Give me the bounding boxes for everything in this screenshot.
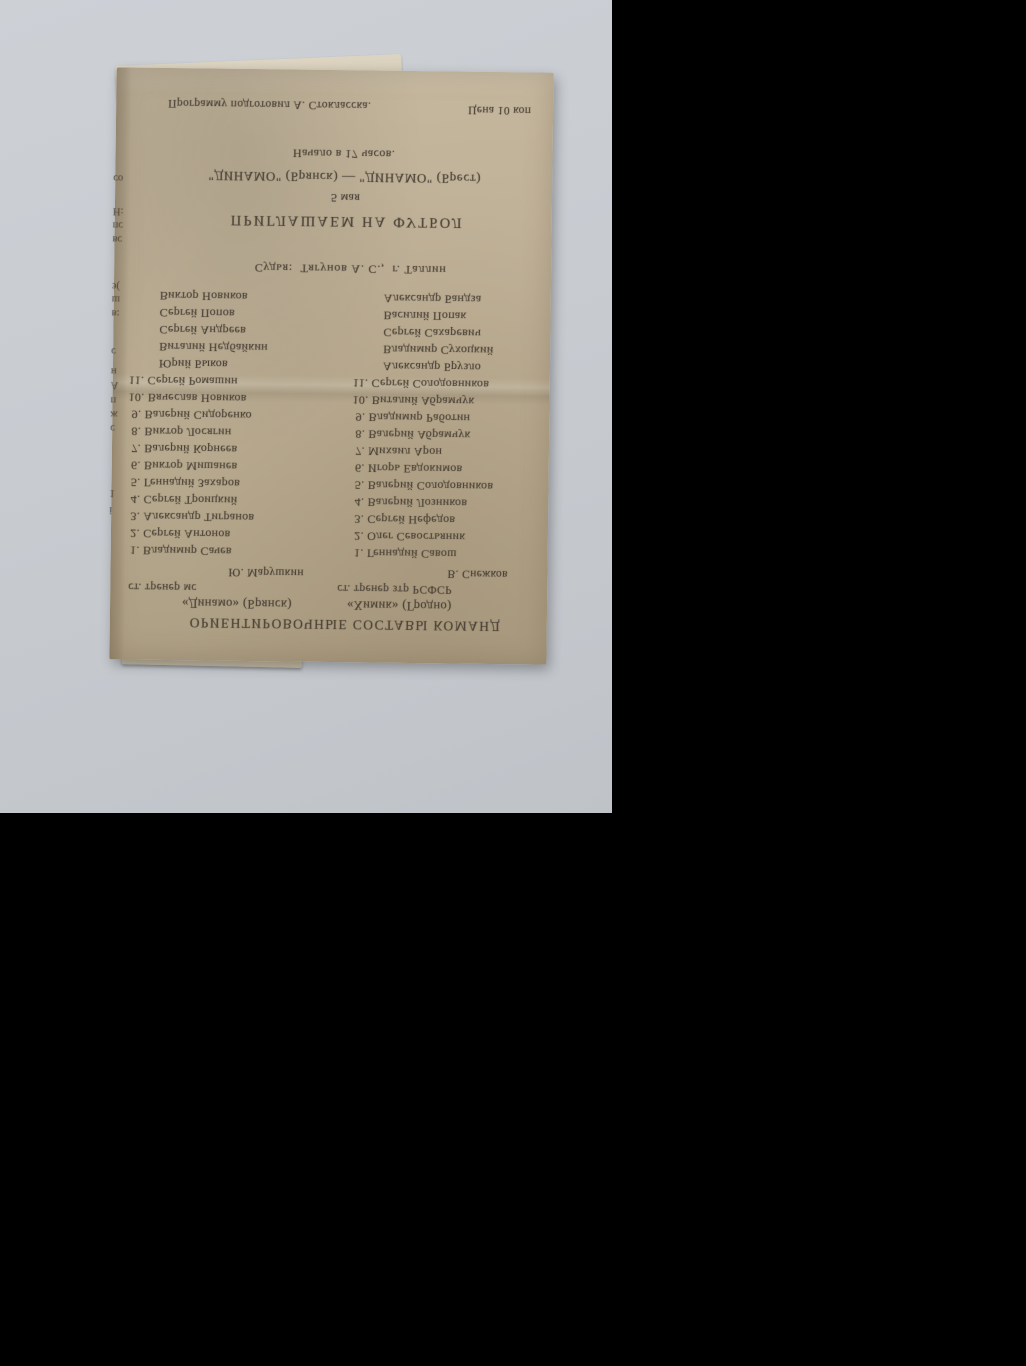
player-row: 1. Геннадий Савош bbox=[351, 544, 545, 563]
margin-letter: п bbox=[111, 394, 117, 405]
reserves-list-left: Юрий БыковВиталий НедбайкинСергей Андрее… bbox=[129, 287, 342, 375]
lineup-column-right: 1. Геннадий Савош 2. Олег Севостьяник 3.… bbox=[351, 289, 548, 563]
player-row: 9. Валерий Сидоренко bbox=[128, 406, 340, 426]
player-row: 6. Виктор Мишанев bbox=[128, 457, 340, 477]
margin-letter: ш bbox=[112, 293, 120, 304]
invitation-time: Начало в 17 часов. bbox=[116, 143, 553, 163]
program-page-content: i1сжпАнсв:шэ(вспсН:со ОРИЕНТИРОВОЧНЫЕ СО… bbox=[109, 67, 553, 664]
photo-background: i1сжпАнсв:шэ(вспсН:со ОРИЕНТИРОВОЧНЫЕ СО… bbox=[0, 0, 612, 813]
player-row: 8. Валерий Абрамчук bbox=[352, 425, 546, 444]
player-row: Виктор Новиков bbox=[130, 287, 342, 307]
player-row: 8. Виктор Лосягин bbox=[128, 423, 340, 443]
player-row: Василий Попак bbox=[354, 306, 548, 325]
margin-letter: н bbox=[111, 365, 117, 376]
margin-letter: 1 bbox=[109, 487, 114, 498]
margin-letter: вс bbox=[112, 233, 122, 244]
player-row: 2. Сергей Антонов bbox=[127, 525, 339, 545]
lineup-list-right: 1. Геннадий Савош 2. Олег Севостьяник 3.… bbox=[351, 374, 547, 563]
player-row: 11. Сергей Ромашин bbox=[129, 372, 341, 392]
invitation-date: 5 мая bbox=[115, 187, 552, 207]
invitation-match: "ДИНАМО" (Брянск) — "ДИНАМО" (Брест) bbox=[115, 166, 552, 187]
program-page: i1сжпАнсв:шэ(вспсН:со ОРИЕНТИРОВОЧНЫЕ СО… bbox=[109, 67, 553, 664]
referee-line: Судья: Тягунов А. С., г. Таллин bbox=[114, 258, 551, 278]
player-row: 6. Игорь Евдокимов bbox=[352, 459, 546, 478]
lineups-header: ОРИЕНТИРОВОЧНЫЕ СОСТАВЫ КОМАНД bbox=[110, 613, 547, 634]
coach-name-right: В. Снежков bbox=[447, 567, 508, 580]
margin-letter: А bbox=[111, 379, 119, 390]
player-row: Александр Бандза bbox=[354, 289, 548, 308]
player-row: Виталий Недбайкин bbox=[129, 338, 341, 358]
margin-letter: с bbox=[111, 345, 116, 356]
player-row: 9. Владимир Работин bbox=[352, 408, 546, 427]
player-row: 3. Сергей Нефедов bbox=[351, 510, 545, 529]
player-row: Сергей Андреев bbox=[129, 321, 341, 341]
player-row: Владимир Сухоцкий bbox=[353, 340, 547, 359]
player-row: 4. Сергей Троицкий bbox=[127, 491, 339, 511]
coach-title-right: ст. тренер зтр РСФСР bbox=[337, 582, 452, 595]
player-row: 11. Сергей Солодовников bbox=[353, 374, 547, 393]
coach-name-left: Ю. Марушкин bbox=[228, 566, 304, 579]
player-row: Сергей Сахаревич bbox=[353, 323, 547, 342]
price-label: Цена 10 коп bbox=[468, 104, 531, 117]
player-row: 7. Валерий Корнеев bbox=[128, 440, 340, 460]
team-name-khimik-grodno: «Химик» (Гродно) bbox=[347, 597, 452, 613]
player-row: Александр Брузло bbox=[353, 357, 547, 376]
reserves-list-right: Александр БрузлоВладимир СухоцкийСергей … bbox=[353, 289, 548, 376]
coach-title-left: ст. тренер мс bbox=[128, 581, 197, 594]
lineup-list-left: 1. Владимир Сачев 2. Сергей Антонов 3. А… bbox=[127, 372, 341, 562]
margin-letter: ж bbox=[110, 408, 117, 419]
credit-line: Программу подготовил А. Стокласска. bbox=[168, 97, 371, 111]
player-row: Сергей Попов bbox=[130, 304, 342, 324]
team-name-dynamo-bryansk: «Динамо» (Брянск) bbox=[182, 595, 292, 611]
margin-letter: i bbox=[109, 504, 112, 515]
player-row: Юрий Быков bbox=[129, 355, 341, 375]
margin-letter: э( bbox=[112, 280, 120, 291]
margin-letter: в: bbox=[112, 307, 120, 318]
margin-letter: с bbox=[110, 422, 115, 433]
player-row: 10. Виталий Абрамчук bbox=[352, 391, 546, 410]
lineup-column-left: 1. Владимир Сачев 2. Сергей Антонов 3. А… bbox=[127, 287, 342, 562]
player-row: 2. Олег Севостьяник bbox=[351, 527, 545, 546]
player-row: 5. Валерий Солодовников bbox=[351, 476, 545, 495]
player-row: 4. Валерий Лозников bbox=[351, 493, 545, 512]
player-row: 10. Вячеслав Новиков bbox=[129, 389, 341, 409]
screenshot-root: { "program": { "header": "ОРИЕНТИРОВОЧНЫ… bbox=[0, 0, 1026, 1366]
invitation-title: ПРИГЛАШАЕМ НА ФУТБОЛ bbox=[115, 209, 552, 231]
player-row: 1. Владимир Сачев bbox=[127, 542, 339, 562]
player-row: 5. Геннадий Захаров bbox=[127, 474, 339, 494]
player-row: 7. Михаил Арон bbox=[352, 442, 546, 461]
player-row: 3. Александр Тигранов bbox=[127, 508, 339, 528]
